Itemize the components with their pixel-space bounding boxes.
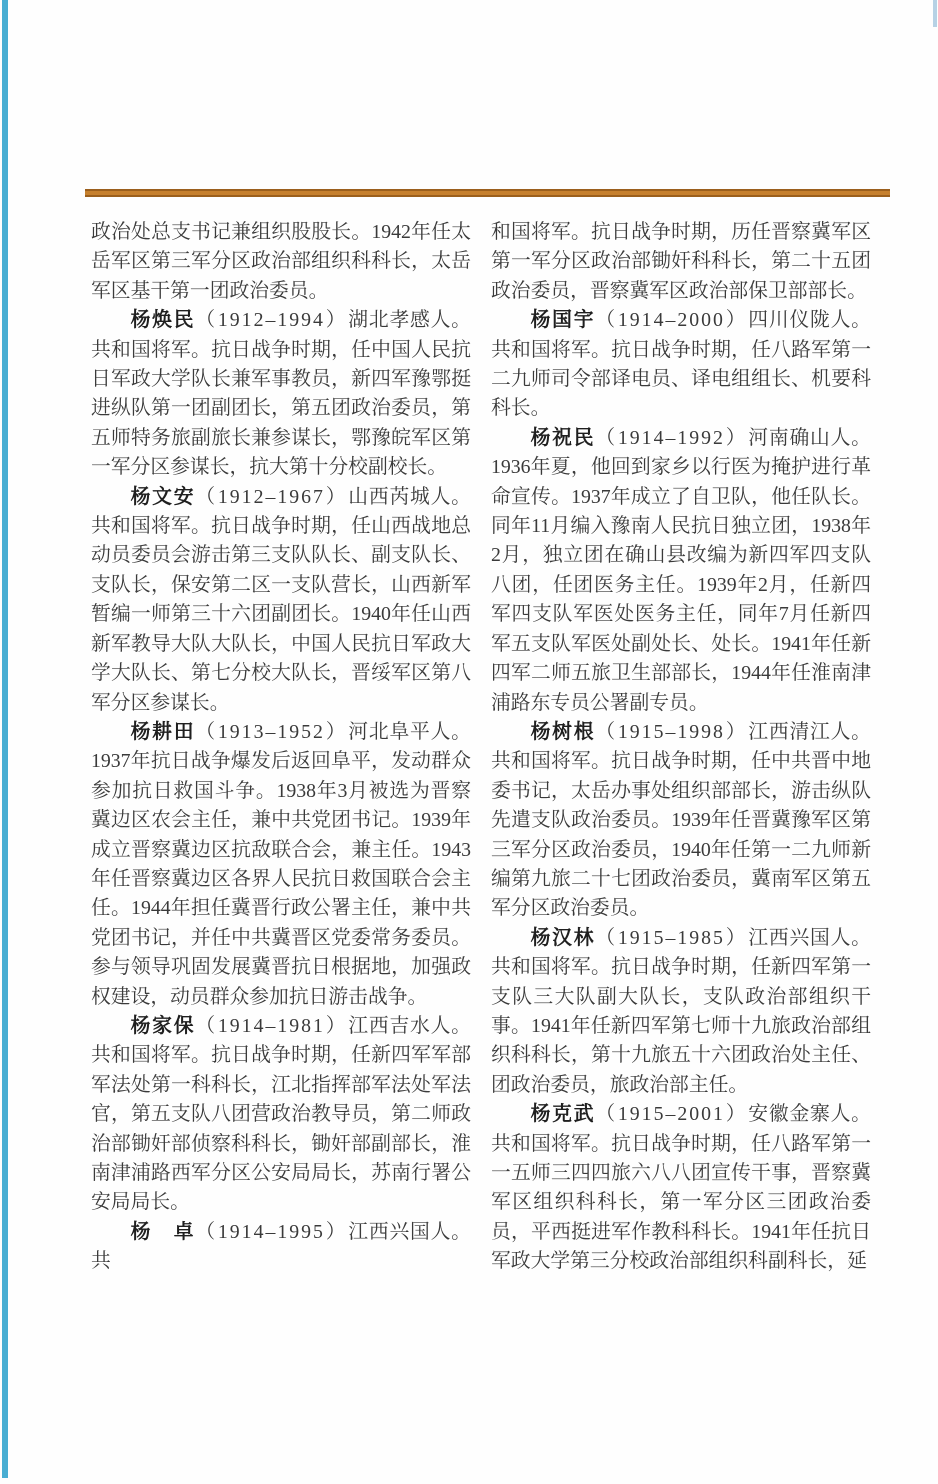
person-name: 杨家保: [131, 1015, 196, 1037]
person-dates: （1914–1981）: [195, 1015, 348, 1037]
bio-text: 山西芮城人。共和国将军。抗日战争时期，任山西战地总动员委员会游击第三支队队长、副…: [91, 486, 471, 714]
person-dates: （1914–2000）: [595, 309, 748, 331]
person-name: 杨树根: [531, 721, 596, 743]
person-dates: （1915–1998）: [595, 721, 748, 743]
bio-entry-yang-wenan: 杨文安（1912–1967）山西芮城人。共和国将军。抗日战争时期，任山西战地总动…: [91, 483, 471, 718]
bio-entry-yang-kewu: 杨克武（1915–2001）安徽金寨人。共和国将军。抗日战争时期，任八路军第一一…: [491, 1100, 871, 1276]
bio-text: 江西清江人。共和国将军。抗日战争时期，任中共晋中地委书记，太岳办事处组织部部长，…: [491, 721, 871, 919]
section-top-rule: [85, 189, 890, 197]
person-dates: （1912–1994）: [195, 309, 348, 331]
bio-entry-yang-guoyu: 杨国宇（1914–2000）四川仪陇人。共和国将军。抗日战争时期，任八路军第一二…: [491, 306, 871, 424]
bio-entry-continuation: 政治处总支书记兼组织股股长。1942年任太岳军区第三军分区政治部组织科科长，太岳…: [91, 218, 471, 306]
right-column: 和国将军。抗日战争时期，历任晋察冀军区第一军分区政治部锄奸科科长，第二十五团政治…: [491, 218, 871, 1277]
person-name: 杨汉林: [531, 927, 596, 949]
person-name: 杨 卓: [131, 1221, 196, 1243]
person-dates: （1915–2001）: [595, 1103, 748, 1125]
bio-entry-yang-zhumin: 杨祝民（1914–1992）河南确山人。1936年夏，他回到家乡以行医为掩护进行…: [491, 424, 871, 718]
bio-text: 安徽金寨人。共和国将军。抗日战争时期，任八路军第一一五师三四四旅六八八团宣传干事…: [491, 1103, 871, 1272]
bio-text: 江西吉水人。共和国将军。抗日战争时期，任新四军军部军法处第一科科长，江北指挥部军…: [91, 1015, 471, 1213]
bio-entry-yang-gengtian: 杨耕田（1913–1952）河北阜平人。1937年抗日战争爆发后返回阜平，发动群…: [91, 718, 471, 1012]
bio-entry-yang-jiabao: 杨家保（1914–1981）江西吉水人。共和国将军。抗日战争时期，任新四军军部军…: [91, 1012, 471, 1218]
person-name: 杨耕田: [131, 721, 196, 743]
top-right-corner-strip: [933, 0, 937, 27]
bio-entry-yang-hanlin: 杨汉林（1915–1985）江西兴国人。共和国将军。抗日战争时期，任新四军第一支…: [491, 924, 871, 1100]
bio-entry-yang-shugen: 杨树根（1915–1998）江西清江人。共和国将军。抗日战争时期，任中共晋中地委…: [491, 718, 871, 924]
bio-text: 河北阜平人。1937年抗日战争爆发后返回阜平，发动群众参加抗日救国斗争。1938…: [91, 721, 471, 1008]
person-dates: （1913–1952）: [195, 721, 348, 743]
bio-entry-continuation: 和国将军。抗日战争时期，历任晋察冀军区第一军分区政治部锄奸科科长，第二十五团政治…: [491, 218, 871, 306]
left-column: 政治处总支书记兼组织股股长。1942年任太岳军区第三军分区政治部组织科科长，太岳…: [91, 218, 471, 1277]
bio-entry-yang-huanmin: 杨焕民（1912–1994）湖北孝感人。共和国将军。抗日战争时期，任中国人民抗日…: [91, 306, 471, 482]
bio-text: 江西兴国人。共和国将军。抗日战争时期，任新四军第一支队三大队副大队长，支队政治部…: [491, 927, 871, 1096]
person-name: 杨祝民: [531, 427, 596, 449]
person-name: 杨克武: [531, 1103, 596, 1125]
bio-entry-yang-zhuo: 杨 卓（1914–1995）江西兴国人。共: [91, 1218, 471, 1277]
person-dates: （1912–1967）: [195, 486, 348, 508]
person-name: 杨文安: [131, 486, 196, 508]
person-name: 杨国宇: [531, 309, 596, 331]
person-dates: （1915–1985）: [595, 927, 748, 949]
bio-text: 河南确山人。1936年夏，他回到家乡以行医为掩护进行革命宣传。1937年成立了自…: [491, 427, 871, 714]
bio-text: 政治处总支书记兼组织股股长。1942年任太岳军区第三军分区政治部组织科科长，太岳…: [91, 221, 471, 302]
bio-text: 湖北孝感人。共和国将军。抗日战争时期，任中国人民抗日军政大学队长兼军事教员，新四…: [91, 309, 471, 478]
bio-text: 和国将军。抗日战争时期，历任晋察冀军区第一军分区政治部锄奸科科长，第二十五团政治…: [491, 221, 871, 302]
person-dates: （1914–1992）: [595, 427, 748, 449]
person-dates: （1914–1995）: [195, 1221, 348, 1243]
left-accent-bar: [2, 0, 8, 1478]
person-name: 杨焕民: [131, 309, 196, 331]
